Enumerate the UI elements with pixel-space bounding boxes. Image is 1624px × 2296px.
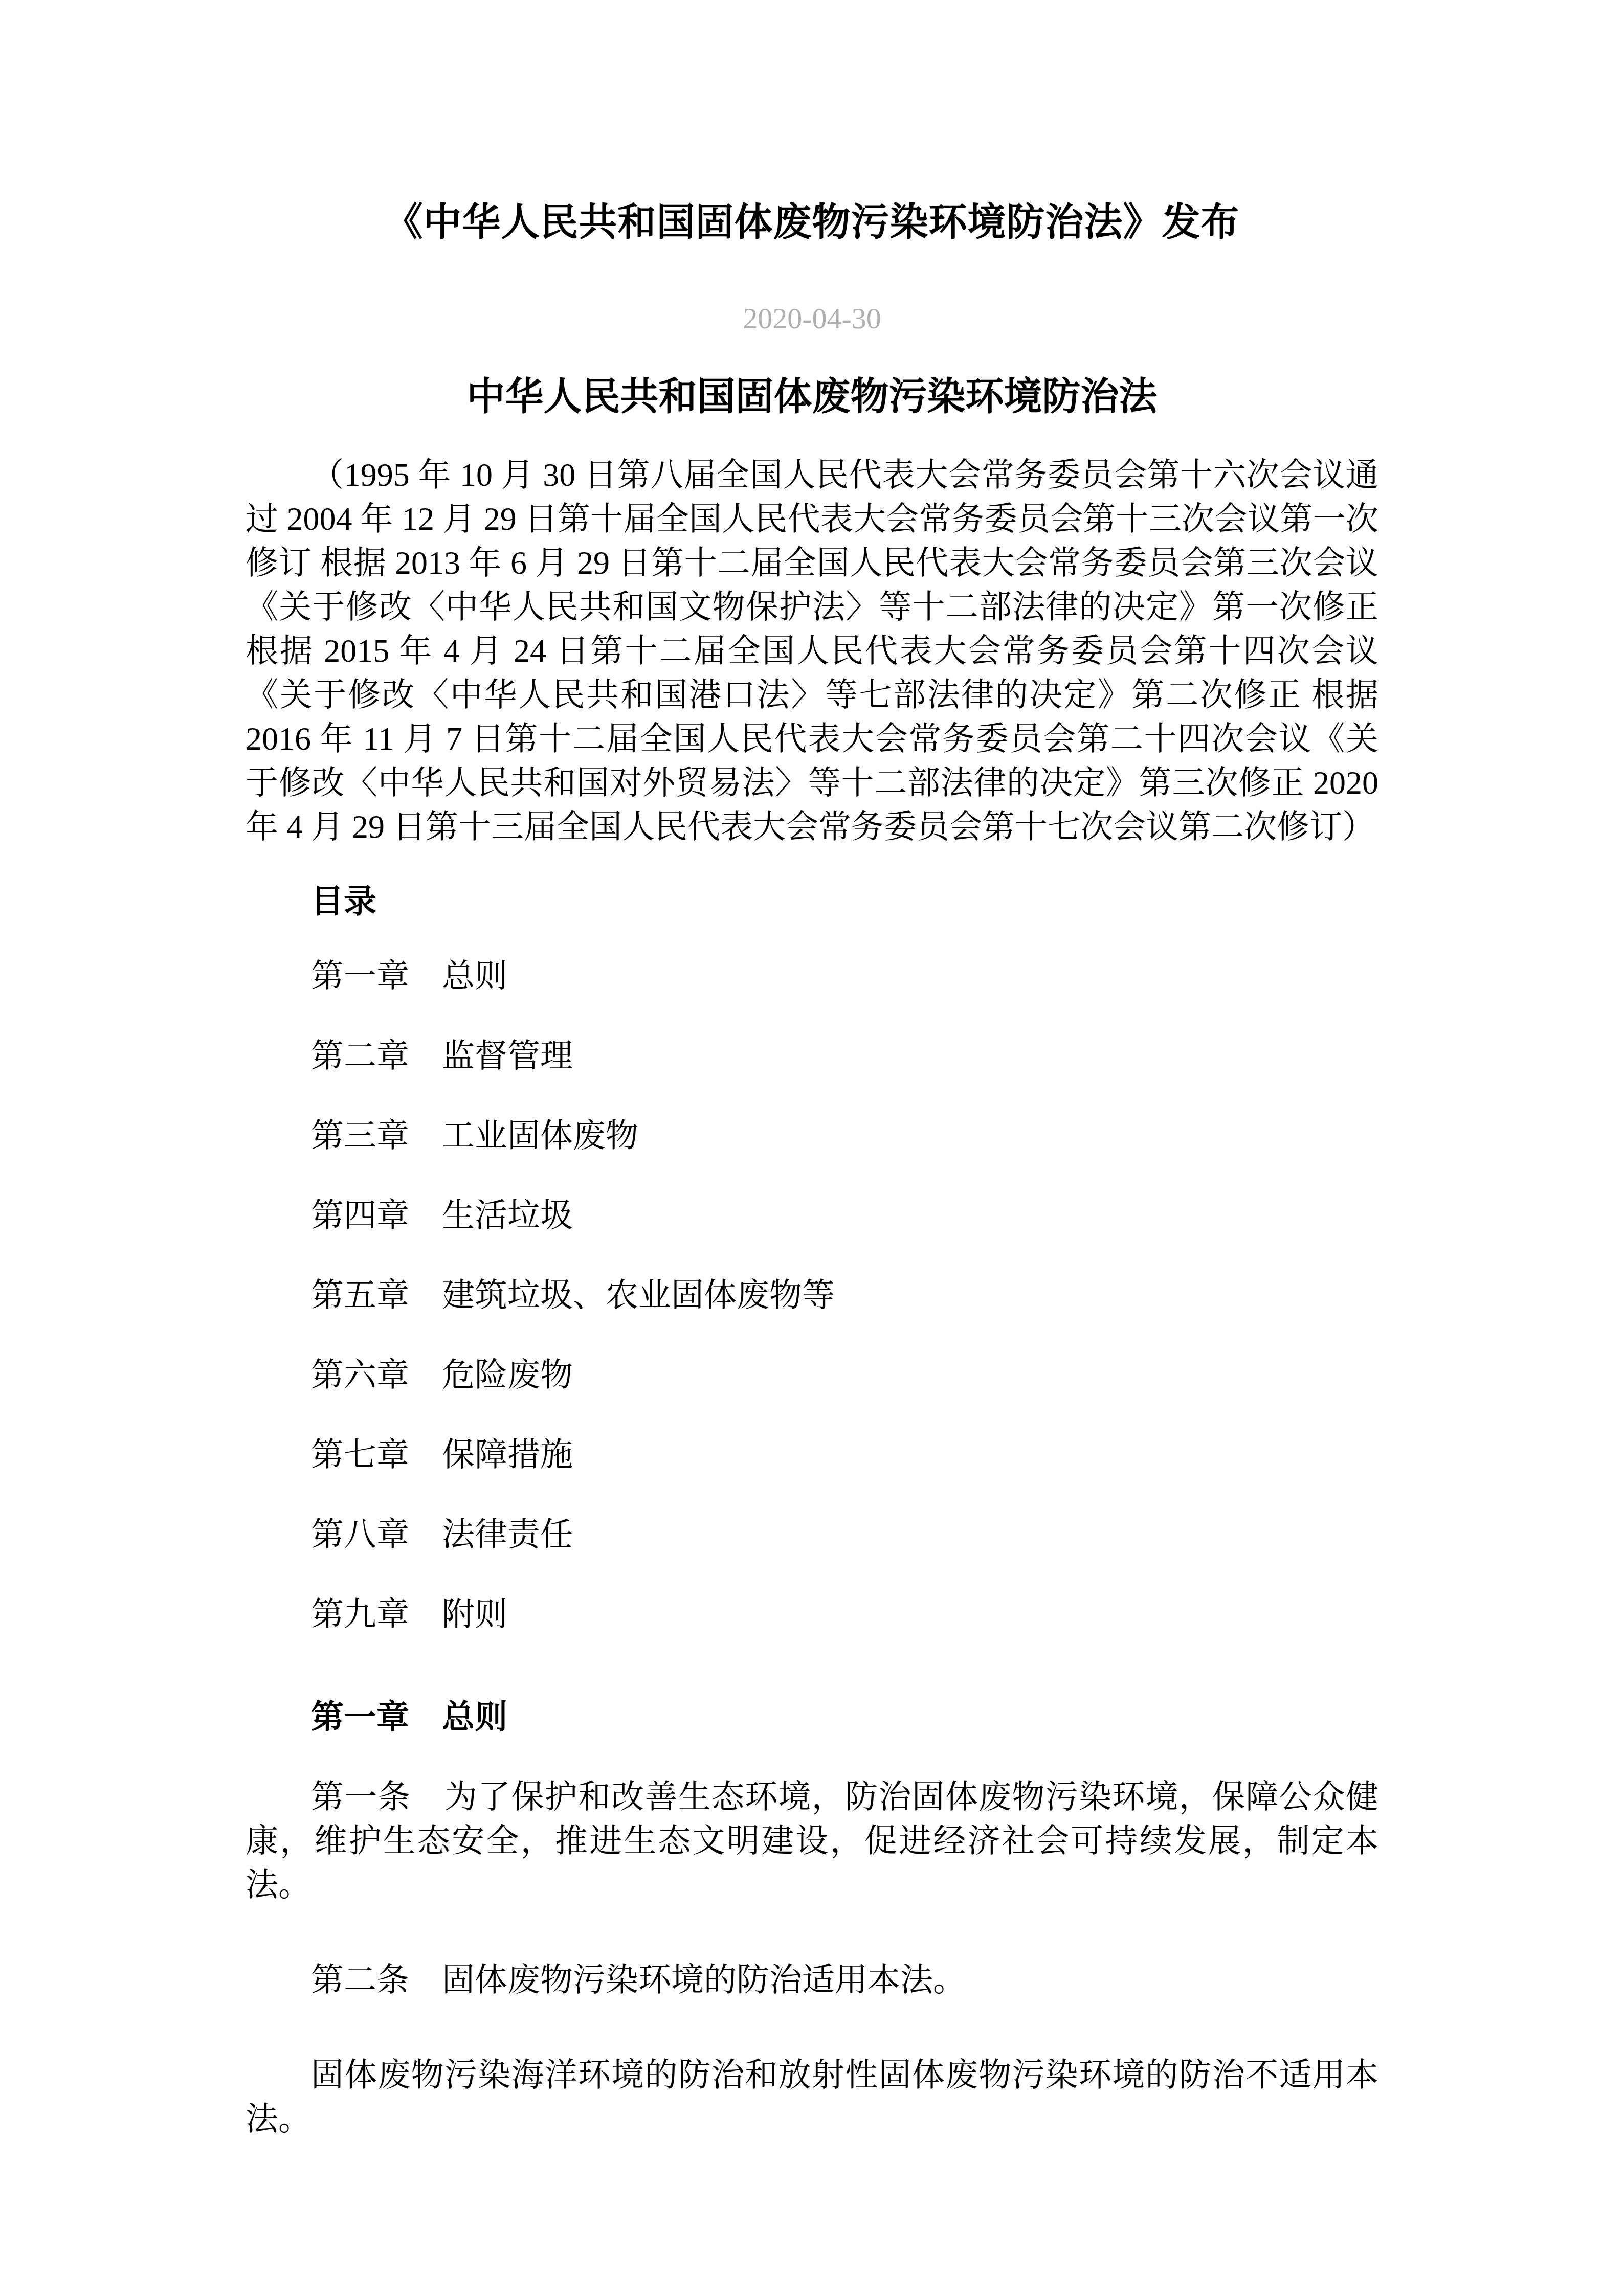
- toc-list: 第一章 总则 第二章 监督管理 第三章 工业固体废物 第四章 生活垃圾 第五章 …: [246, 954, 1378, 1636]
- page-title: 《中华人民共和国固体废物污染环境防治法》发布: [246, 197, 1378, 247]
- toc-item: 第一章 总则: [246, 954, 1378, 998]
- toc-item: 第二章 监督管理: [246, 1034, 1378, 1078]
- document-page: { "page": { "title": "《中华人民共和国固体废物污染环境防治…: [0, 0, 1624, 2296]
- article-paragraph: 第二条 固体废物污染环境的防治适用本法。: [246, 1958, 1378, 2002]
- toc-item: 第六章 危险废物: [246, 1353, 1378, 1397]
- chapter-1-articles: 第一条 为了保护和改善生态环境，防治固体废物污染环境，保障公众健康，维护生态安全…: [246, 1775, 1378, 2141]
- toc-item: 第五章 建筑垃圾、农业固体废物等: [246, 1273, 1378, 1317]
- toc-item: 第四章 生活垃圾: [246, 1194, 1378, 1237]
- toc-item: 第三章 工业固体废物: [246, 1114, 1378, 1158]
- toc-item: 第九章 附则: [246, 1592, 1378, 1636]
- toc-item: 第七章 保障措施: [246, 1433, 1378, 1477]
- chapter-1-heading: 第一章 总则: [246, 1695, 1378, 1739]
- article-paragraph: 固体废物污染海洋环境的防治和放射性固体废物污染环境的防治不适用本法。: [246, 2053, 1378, 2141]
- publish-date: 2020-04-30: [246, 296, 1378, 342]
- article-paragraph: 第一条 为了保护和改善生态环境，防治固体废物污染环境，保障公众健康，维护生态安全…: [246, 1775, 1378, 1907]
- revision-history-paragraph: （1995 年 10 月 30 日第八届全国人民代表大会常务委员会第十六次会议通…: [246, 453, 1378, 849]
- toc-heading: 目录: [246, 880, 1378, 924]
- law-title: 中华人民共和国固体废物污染环境防治法: [246, 372, 1378, 422]
- toc-item: 第八章 法律责任: [246, 1513, 1378, 1557]
